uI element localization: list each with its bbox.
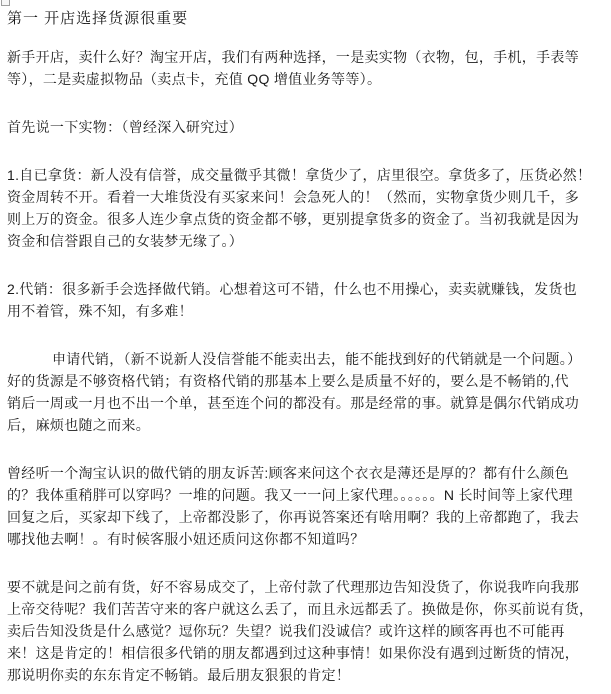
- text-line: 曾经听一个淘宝认识的做代销的朋友诉苦:顾客来问这个衣衣是薄还是厚的？都有什么颜色: [7, 462, 607, 484]
- text-line: 则上万的资金。很多人连少拿点货的资金都不够，更别提拿货多的资金了。当初我就是因为: [7, 208, 607, 230]
- text-line: 申请代销，（新不说新人没信誉能不能卖出去，能不能找到好的代销就是一个问题。）: [7, 348, 607, 370]
- paragraph: 新手开店，卖什么好？淘宝开店，我们有两种选择，一是卖实物（衣物，包，手机，手表等…: [7, 46, 607, 90]
- text-line: 2.代销：很多新手会选择做代销。心想着这可不错，什么也不用操心，卖卖就赚钱，发货…: [7, 278, 607, 300]
- document-page: 第一 开店选择货源很重要 新手开店，卖什么好？淘宝开店，我们有两种选择，一是卖实…: [0, 0, 611, 694]
- text-line: 后，麻烦也随之而来。: [7, 414, 607, 436]
- text-line: 的？我体重稍胖可以穿吗？一堆的问题。我又一一问上家代理。。。。。。N 长时间等上…: [7, 484, 607, 506]
- text-line: 新手开店，卖什么好？淘宝开店，我们有两种选择，一是卖实物（衣物，包，手机，手表等: [7, 46, 607, 68]
- text-line: 卖后告知没货是什么感觉？逗你玩？失望？说我们没诚信？或许这样的顾客再也不可能再: [7, 620, 607, 642]
- text-line: 回复之后，买家却下线了，上帝都没影了，你再说答案还有啥用啊？我的上帝都跑了，我去: [7, 506, 607, 528]
- text-line: 好的货源是不够资格代销；有资格代销的那基本上要么是质量不好的，要么是不畅销的,代: [7, 370, 607, 392]
- paragraphs-container: 新手开店，卖什么好？淘宝开店，我们有两种选择，一是卖实物（衣物，包，手机，手表等…: [7, 46, 607, 686]
- paragraph: 曾经听一个淘宝认识的做代销的朋友诉苦:顾客来问这个衣衣是薄还是厚的？都有什么颜色…: [7, 462, 607, 550]
- text-line: 要不就是问之前有货，好不容易成交了，上帝付款了代理那边告知没货了，你说我咋向我那: [7, 576, 607, 598]
- paragraph: 要不就是问之前有货，好不容易成交了，上帝付款了代理那边告知没货了，你说我咋向我那…: [7, 576, 607, 686]
- page-title: 第一 开店选择货源很重要: [7, 8, 607, 30]
- paragraph: 1.自已拿货：新人没有信誉，成交量微乎其微！拿货少了，店里很空。拿货多了，压货必…: [7, 164, 607, 252]
- text-line: 资金和信誉跟自己的女装梦无缘了。）: [7, 230, 607, 252]
- text-line: 那说明你卖的东东肯定不畅销。最后朋友狠狠的肯定！: [7, 664, 607, 686]
- text-line: 等），二是卖虚拟物品（卖点卡，充值 QQ 增值业务等等）。: [7, 68, 607, 90]
- text-line: 销后一周或一月也不出一个单，甚至连个问的都没有。那是经常的事。就算是偶尔代销成功: [7, 392, 607, 414]
- paragraph: 2.代销：很多新手会选择做代销。心想着这可不错，什么也不用操心，卖卖就赚钱，发货…: [7, 278, 607, 322]
- paragraph: 申请代销，（新不说新人没信誉能不能卖出去，能不能找到好的代销就是一个问题。）好的…: [7, 348, 607, 436]
- text-line: 资金周转不开。看着一大堆货没有买家来问！会急死人的！（然而，实物拿货少则几千，多: [7, 186, 607, 208]
- text-line: 首先说一下实物：（曾经深入研究过）: [7, 116, 607, 138]
- text-line: 来！这是肯定的！相信很多代销的朋友都遇到过这种事情！如果你没有遇到过断货的情况，: [7, 642, 607, 664]
- text-line: 1.自已拿货：新人没有信誉，成交量微乎其微！拿货少了，店里很空。拿货多了，压货必…: [7, 164, 607, 186]
- text-line: 用不着管，殊不知，有多难！: [7, 300, 607, 322]
- corner-artifact: [1, 0, 10, 6]
- text-line: 哪找他去啊！。有时候客服小妞还质问这你都不知道吗？: [7, 528, 607, 550]
- paragraph: 首先说一下实物：（曾经深入研究过）: [7, 116, 607, 138]
- text-line: 上帝交待呢？我们苦苦守来的客户就这么丢了，而且永远都丢了。换做是你，你买前说有货…: [7, 598, 607, 620]
